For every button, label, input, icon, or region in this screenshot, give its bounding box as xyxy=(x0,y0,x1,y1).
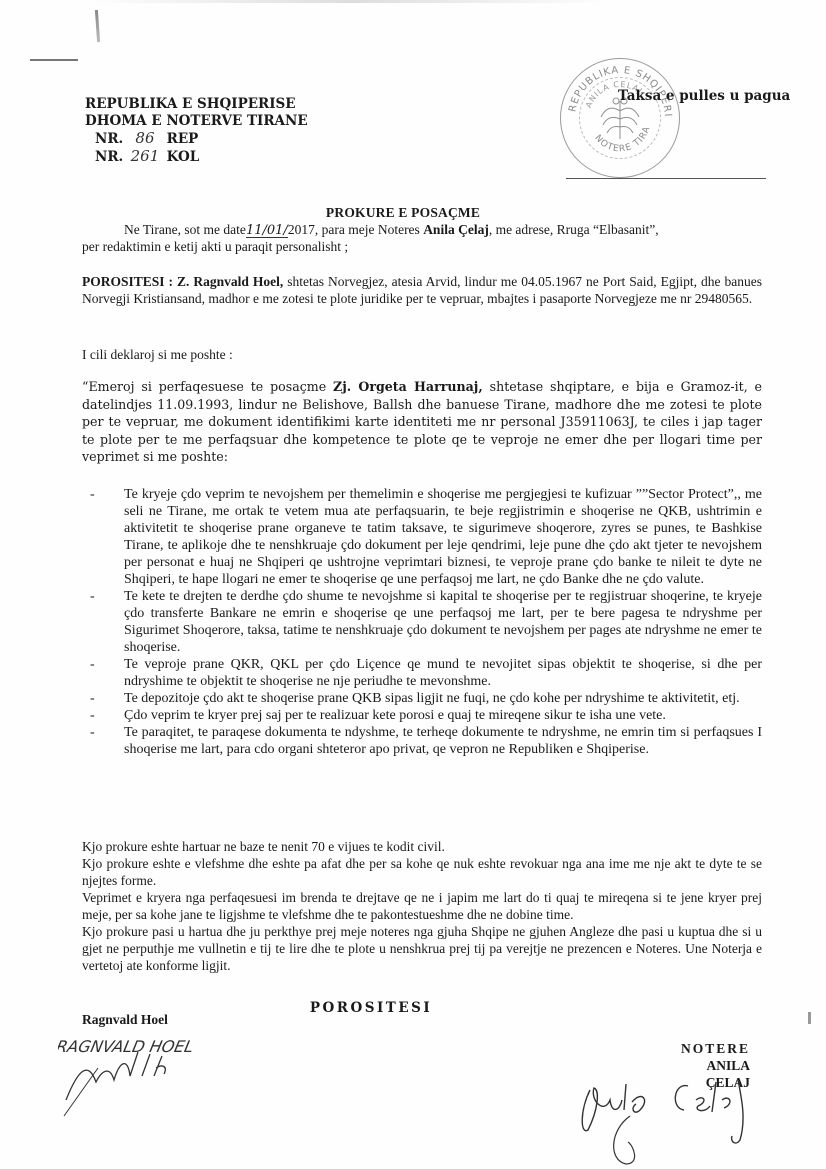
bullet-dash: - xyxy=(90,486,95,503)
bullet-dash: - xyxy=(90,724,95,741)
power-item: -Te depozitoje çdo akt te shoqerise pran… xyxy=(82,690,762,707)
header-chamber: DHOMA E NOTERVE TIRANE xyxy=(85,113,308,130)
appointment-paragraph: “Emeroj si perfaqesuese te posaçme Zj. O… xyxy=(82,378,762,466)
power-item: -Te veproje prane QKR, QKL per çdo Liçen… xyxy=(82,656,762,690)
closing-paragraphs: Kjo prokure eshte hartuar ne baze te nen… xyxy=(82,838,762,974)
closing-paragraph: Veprimet e kryera nga perfaqesuesi im br… xyxy=(82,889,762,923)
rep-suffix: REP xyxy=(167,131,199,147)
power-text: Te depozitoje çdo akt te shoqerise prane… xyxy=(124,691,740,706)
rep-number-handwritten: 86 xyxy=(128,130,162,147)
client-name: Ragnvald Hoel xyxy=(82,1012,168,1028)
power-item: - Te paraqitet, te paraqese dokumenta te… xyxy=(82,724,762,758)
intro-line-1: Ne Tirane, sot me date11/01/2017, para m… xyxy=(82,221,772,238)
document-header: REPUBLIKA E SHQIPERISE DHOMA E NOTERVE T… xyxy=(85,96,308,166)
porositesi-label: POROSITESI xyxy=(310,1000,432,1016)
scan-artifact xyxy=(90,0,610,3)
power-item: -Çdo veprim te kryer prej saj per te rea… xyxy=(82,707,762,724)
intro-paragraph: Ne Tirane, sot me date11/01/2017, para m… xyxy=(82,221,772,255)
power-text: Te veproje prane QKR, QKL per çdo Liçenc… xyxy=(124,657,762,689)
power-text: Çdo veprim te kryer prej saj per te real… xyxy=(124,708,666,723)
power-text: Te paraqitet, te paraqese dokumenta te n… xyxy=(124,725,762,757)
bullet-dash: - xyxy=(90,707,95,724)
scan-artifact xyxy=(30,59,78,61)
power-text: Te kryeje çdo veprim te nevojshem per th… xyxy=(124,487,762,587)
closing-paragraph: Kjo prokure eshte e vlefshme dhe eshte p… xyxy=(82,855,762,889)
date-handwritten: 11/01/ xyxy=(246,224,288,238)
document-title: PROKURE E POSAÇME xyxy=(0,205,826,221)
bullet-dash: - xyxy=(90,690,95,707)
agent-name: Zj. Orgeta Harrunaj, xyxy=(333,379,483,394)
closing-paragraph: Kjo prokure pasi u hartua dhe ju perkthy… xyxy=(82,923,762,974)
power-text: Te kete te drejten te derdhe çdo shume t… xyxy=(124,589,762,655)
declaration-intro: I cili deklaroj si me poshte : xyxy=(82,346,762,363)
principal-paragraph: POROSITESI : Z. Ragnvald Hoel, shtetas N… xyxy=(82,273,762,307)
principal-label: POROSITESI : Z. Ragnvald Hoel, xyxy=(82,274,283,289)
intro-year: 2017, para meje Noteres xyxy=(288,222,423,237)
notary-signature-icon xyxy=(570,1060,770,1169)
notary-address: , me adrese, Rruga “Elbasanit”, xyxy=(489,222,659,237)
header-republic: REPUBLIKA E SHQIPERISE xyxy=(85,96,308,113)
appointment-prefix: “Emeroj si perfaqesuese te posaçme xyxy=(82,379,333,394)
bullet-dash: - xyxy=(90,656,95,673)
notary-stamp-icon: REPUBLIKA E SHQIPERISE ANILA CELAJ NOTER… xyxy=(560,58,680,178)
kol-number-handwritten: 261 xyxy=(128,148,162,165)
document-page: REPUBLIKA E SHQIPERISE DHOMA E NOTERVE T… xyxy=(0,0,826,1169)
rep-label: NR. xyxy=(95,131,123,147)
tax-note: Taksa e pulles u pagua xyxy=(618,88,790,104)
kol-number: NR. 261 KOL xyxy=(85,148,308,166)
client-signature-icon: RAGNVALD HOEL xyxy=(58,1030,218,1120)
notary-title: NOTERE xyxy=(660,1040,750,1057)
notary-name: Anila Çelaj xyxy=(423,222,489,237)
power-item: -Te kete te drejten te derdhe çdo shume … xyxy=(82,588,762,656)
intro-line-2: per redaktimin e ketij akti u paraqit pe… xyxy=(82,238,772,255)
kol-suffix: KOL xyxy=(167,149,200,165)
kol-label: NR. xyxy=(95,149,123,165)
power-item: -Te kryeje çdo veprim te nevojshem per t… xyxy=(82,486,762,588)
scan-artifact xyxy=(95,10,100,42)
rep-number: NR. 86 REP xyxy=(85,130,308,148)
divider xyxy=(566,178,766,179)
svg-text:RAGNVALD HOEL: RAGNVALD HOEL xyxy=(58,1037,195,1056)
intro-prefix: Ne Tirane, sot me date xyxy=(124,222,246,237)
bullet-dash: - xyxy=(90,588,95,605)
powers-list: -Te kryeje çdo veprim te nevojshem per t… xyxy=(82,486,762,758)
title-text: PROKURE E POSAÇME xyxy=(326,205,480,220)
closing-paragraph: Kjo prokure eshte hartuar ne baze te nen… xyxy=(82,838,762,855)
